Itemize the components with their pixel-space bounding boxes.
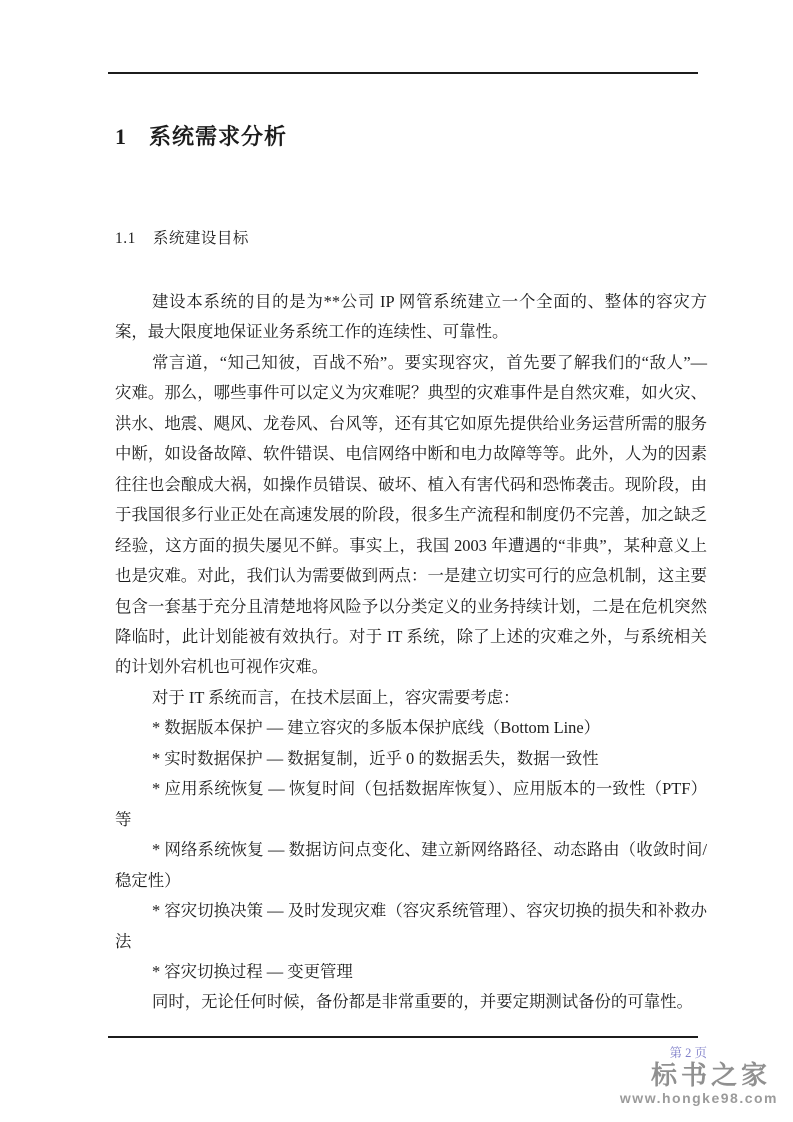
bullet-paragraph: * 实时数据保护 — 数据复制，近乎 0 的数据丢失，数据一致性 bbox=[115, 744, 707, 774]
header-divider bbox=[108, 72, 698, 74]
bullet-paragraph: * 容灾切换过程 — 变更管理 bbox=[115, 957, 707, 987]
subsection-number: 1.1 bbox=[115, 230, 136, 247]
bullet-paragraph: * 数据版本保护 — 建立容灾的多版本保护底线（Bottom Line） bbox=[115, 713, 707, 743]
bullet-paragraph: * 应用系统恢复 — 恢复时间（包括数据库恢复）、应用版本的一致性（PTF）等 bbox=[115, 774, 707, 835]
watermark: 标书之家 www.hongke98.com bbox=[620, 1060, 778, 1106]
section-heading: 1系统需求分析 bbox=[115, 120, 287, 151]
paragraph: 常言道，“知己知彼，百战不殆”。要实现容灾，首先要了解我们的“敌人”— 灾难。那… bbox=[115, 348, 707, 683]
subsection-title: 系统建设目标 bbox=[153, 230, 249, 247]
paragraph: 建设本系统的目的是为**公司 IP 网管系统建立一个全面的、整体的容灾方案，最大… bbox=[115, 287, 707, 348]
bullet-paragraph: * 容灾切换决策 — 及时发现灾难（容灾系统管理）、容灾切换的损失和补救办法 bbox=[115, 896, 707, 957]
paragraph: 同时，无论任何时候，备份都是非常重要的，并要定期测试备份的可靠性。 bbox=[115, 987, 707, 1017]
bullet-paragraph: * 网络系统恢复 — 数据访问点变化、建立新网络路径、动态路由（收敛时间/稳定性… bbox=[115, 835, 707, 896]
watermark-url: www.hongke98.com bbox=[620, 1090, 778, 1106]
paragraph: 对于 IT 系统而言，在技术层面上，容灾需要考虑： bbox=[115, 683, 707, 713]
page-number: 第 2 页 bbox=[669, 1043, 707, 1061]
section-title: 系统需求分析 bbox=[149, 124, 287, 149]
watermark-brand: 标书之家 bbox=[620, 1060, 771, 1090]
subsection-heading: 1.1系统建设目标 bbox=[115, 226, 249, 248]
footer-divider bbox=[108, 1036, 698, 1038]
document-page: 1系统需求分析 1.1系统建设目标 建设本系统的目的是为**公司 IP 网管系统… bbox=[0, 0, 793, 1122]
body-paragraphs: 建设本系统的目的是为**公司 IP 网管系统建立一个全面的、整体的容灾方案，最大… bbox=[115, 287, 707, 1018]
section-number: 1 bbox=[115, 124, 127, 149]
